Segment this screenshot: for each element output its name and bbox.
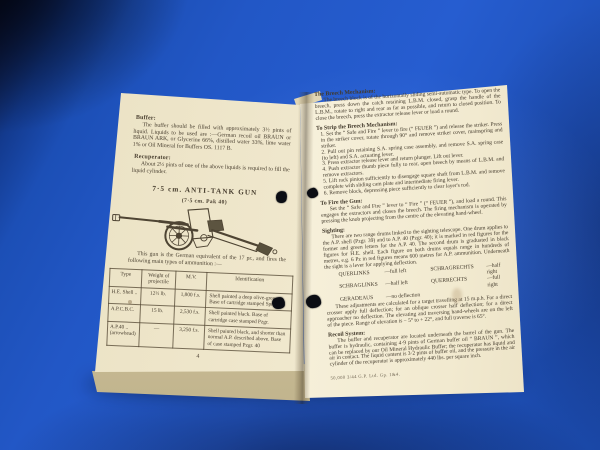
col-header-weight: Weight of projectile xyxy=(141,269,176,288)
ammo-weight-cell: 15 lb. xyxy=(140,305,175,324)
ammo-type-cell: A.P.C.B.C. xyxy=(108,304,141,323)
ammo-mv-cell: 1,800 f.s. xyxy=(174,289,206,308)
ammo-type-cell: H.E. Shell .. xyxy=(109,286,142,305)
ammo-weight-cell: — xyxy=(139,323,174,348)
ammo-mv-cell: 2,530 f.s. xyxy=(174,307,206,326)
col-header-type: Type xyxy=(109,268,142,287)
col-header-mv: M.V. xyxy=(175,271,207,290)
ammo-mv-cell: 3,250 f.s. xyxy=(173,324,205,349)
ammo-identification-cell: Shell painted black, and shorter than no… xyxy=(204,325,291,353)
ink-blot xyxy=(272,296,286,309)
photo-backdrop: Buffer: The buffer should be filled with… xyxy=(0,0,600,450)
paper-stain xyxy=(128,300,132,304)
right-page-content: The Breech Mechanism: The breech block i… xyxy=(314,81,516,381)
left-page-content: Buffer: The buffer should be filled with… xyxy=(106,114,300,364)
pak40-gun-drawing xyxy=(110,204,284,257)
ammunition-table: Type Weight of projectile M.V. Identific… xyxy=(106,268,293,354)
paper-stain xyxy=(452,288,462,303)
ammo-type-cell: A.P.40 .. (arrowhead) xyxy=(107,321,140,346)
buffer-paragraph: The buffer should be filled with approxi… xyxy=(133,122,292,155)
ammo-weight-cell: 12½ lb. xyxy=(141,287,176,306)
